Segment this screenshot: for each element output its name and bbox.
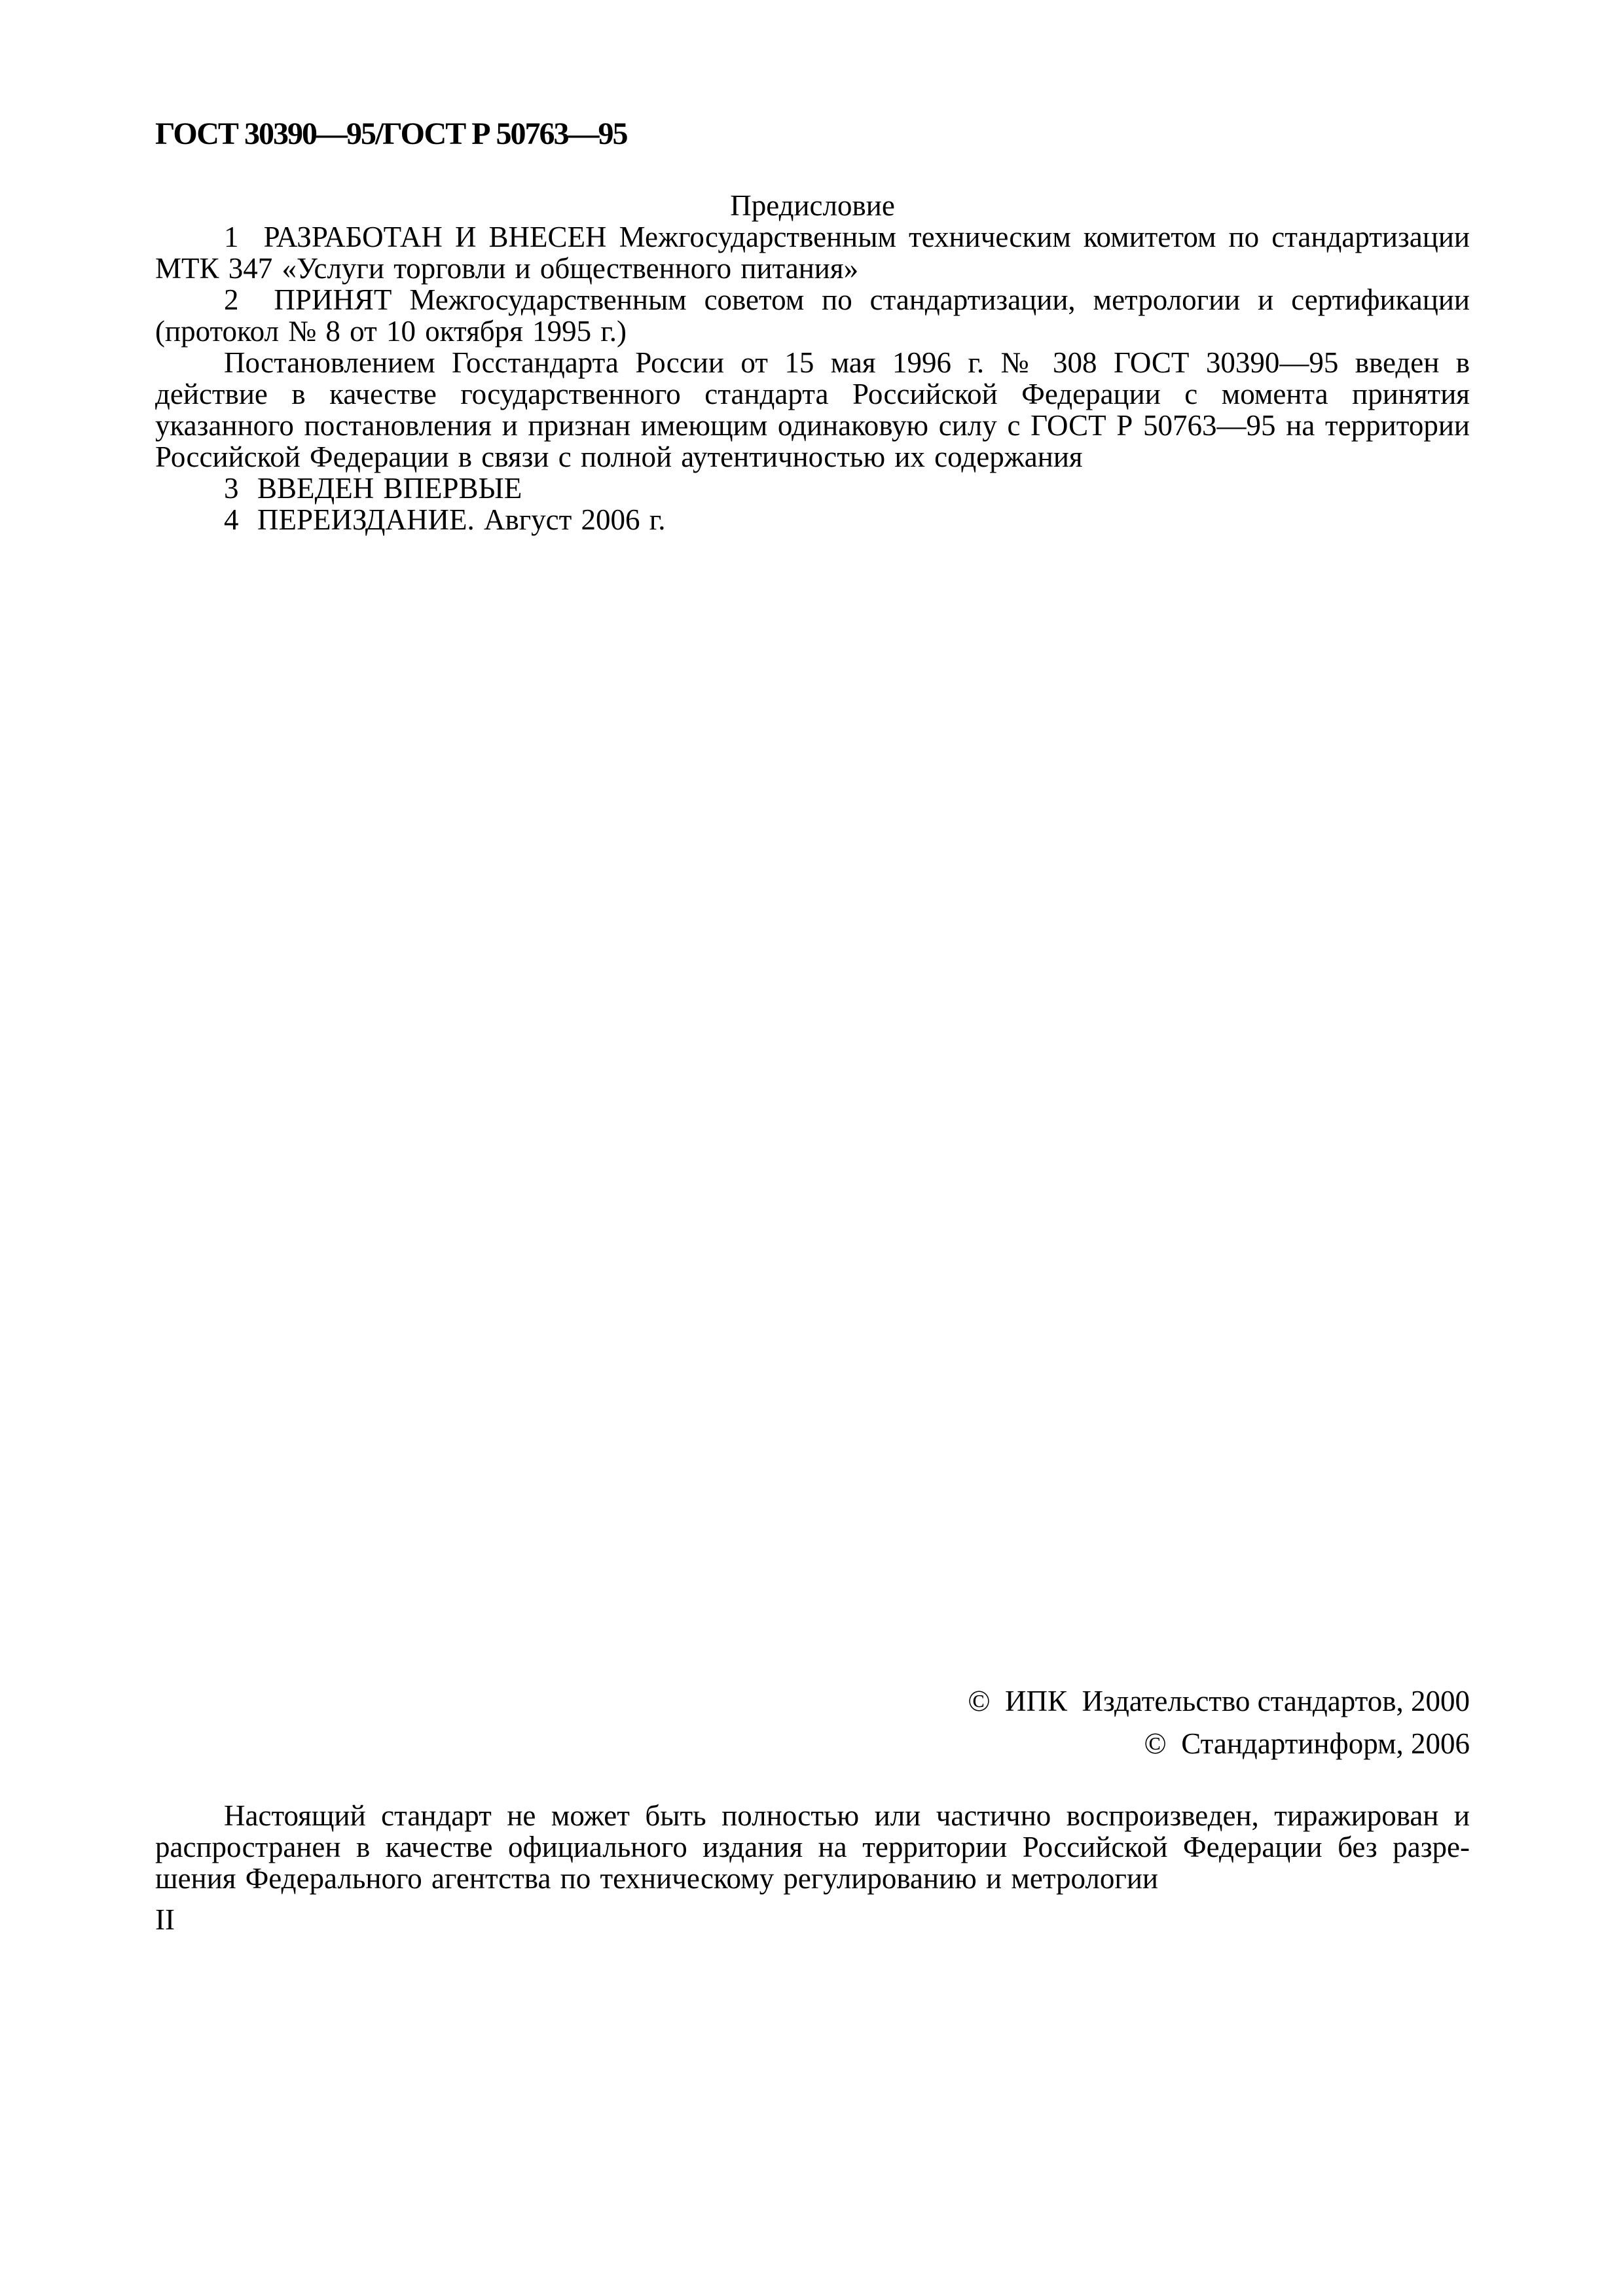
copyright-line-2000: © ИПК Издательство стандартов, 2000 xyxy=(155,1680,1470,1723)
reproduction-restriction-note: Настоящий стандарт не может быть полност… xyxy=(155,1800,1470,1894)
clause-developed: 1 РАЗРАБОТАН И ВНЕСЕН Межгосударственным… xyxy=(155,221,1470,284)
clause-reissue: 4 ПЕРЕИЗДАНИЕ. Август 2006 г. xyxy=(155,504,1470,535)
copyright-line-2006: © Стандартинформ, 2006 xyxy=(155,1723,1470,1765)
clause-adopted: 2 ПРИНЯТ Межгосударственным советом по с… xyxy=(155,284,1470,347)
page-number: II xyxy=(155,1904,1470,1935)
clause-first-edition: 3 ВВЕДЕН ВПЕРВЫЕ xyxy=(155,473,1470,504)
preface-title: Предисловие xyxy=(155,190,1470,221)
document-page: ГОСТ 30390—95/ГОСТ Р 50763—95 Предислови… xyxy=(0,0,1623,2296)
doc-header-code: ГОСТ 30390—95/ГОСТ Р 50763—95 xyxy=(155,118,1470,150)
imprint-block: © ИПК Издательство стандартов, 2000 © Ст… xyxy=(155,1680,1470,1765)
clause-resolution-note: Постановлением Госстандарта России от 15… xyxy=(155,347,1470,473)
